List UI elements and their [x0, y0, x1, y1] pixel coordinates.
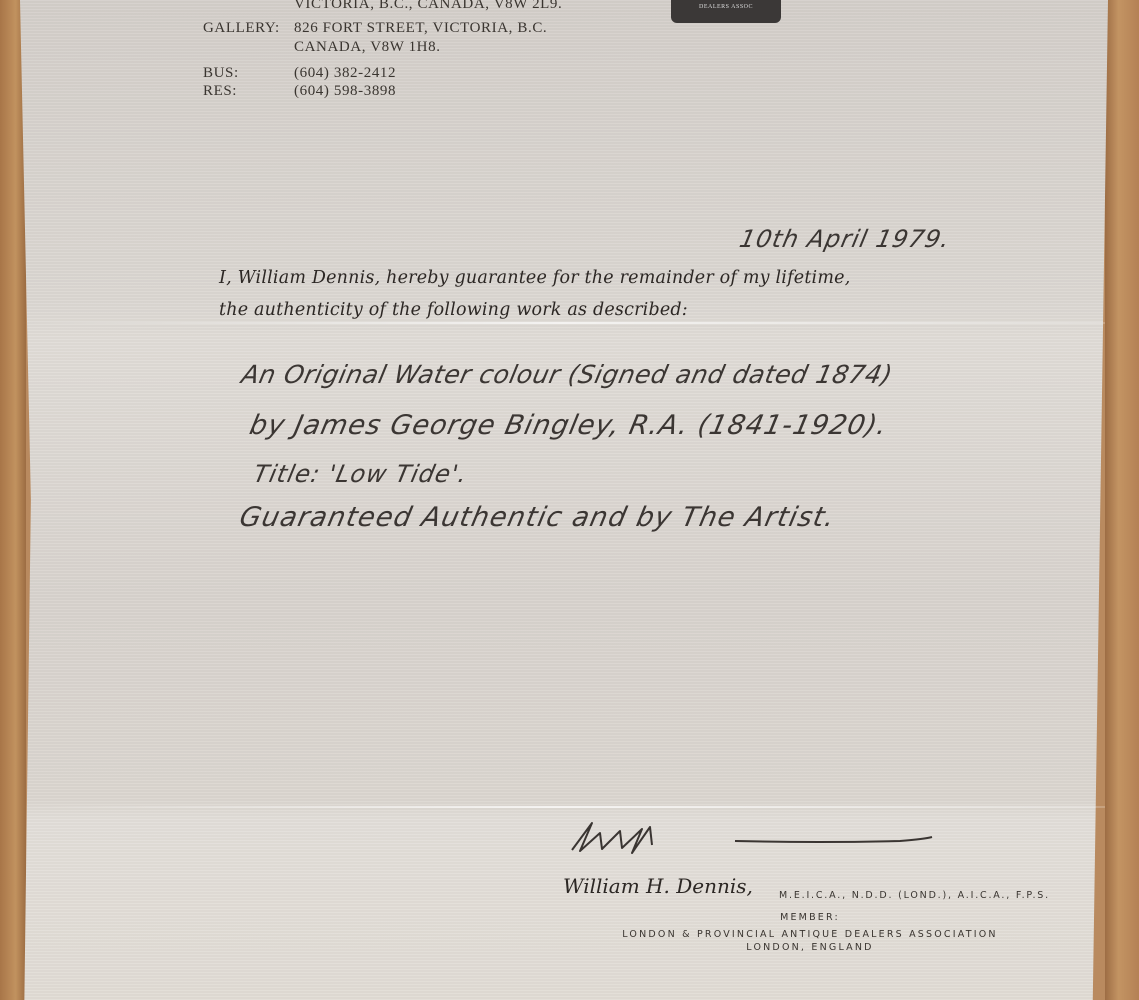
member-label: MEMBER:: [560, 912, 1060, 923]
handwritten-title-line: Title: 'Low Tide'.: [251, 460, 470, 488]
signer-qualifications: M.E.I.C.A., N.D.D. (LOND.), A.I.C.A., F.…: [779, 890, 1050, 901]
signature-scrawl-icon: [570, 815, 940, 865]
emblem-text: DEALERS ASSOC: [671, 4, 781, 10]
bus-phone: (604) 382-2412: [294, 65, 396, 82]
association-name: LONDON & PROVINCIAL ANTIQUE DEALERS ASSO…: [560, 929, 1060, 940]
handwritten-guarantee-line: Guaranteed Authentic and by The Artist.: [237, 502, 839, 533]
gallery-address-line1: 826 FORT STREET, VICTORIA, B.C.: [294, 20, 547, 37]
handwritten-artist-line: by James George Bingley, R.A. (1841-1920…: [247, 410, 891, 441]
association-location: LONDON, ENGLAND: [560, 942, 1060, 953]
gallery-address-line2: CANADA, V8W 1H8.: [294, 39, 441, 56]
bus-label: BUS:: [203, 65, 239, 82]
handwritten-description-line: An Original Water colour (Signed and dat…: [239, 360, 895, 389]
signer-name: William H. Dennis,: [563, 874, 753, 898]
address-line: VICTORIA, B.C., CANADA, V8W 2L9.: [294, 0, 562, 13]
gallery-label: GALLERY:: [203, 20, 280, 37]
guarantee-statement-line2: the authenticity of the following work a…: [219, 300, 688, 320]
association-emblem-icon: DEALERS ASSOC: [671, 0, 781, 23]
guarantee-statement-line1: I, William Dennis, hereby guarantee for …: [219, 268, 850, 288]
wood-surface-left: [0, 0, 26, 1000]
letter-paper: [20, 0, 1108, 1000]
res-label: RES:: [203, 83, 237, 100]
wood-surface-right: [1105, 0, 1139, 1000]
res-phone: (604) 598-3898: [294, 83, 396, 100]
paper-fold-upper: [20, 322, 1105, 324]
letter-date: 10th April 1979.: [737, 225, 953, 253]
paper-fold-lower: [20, 806, 1105, 808]
